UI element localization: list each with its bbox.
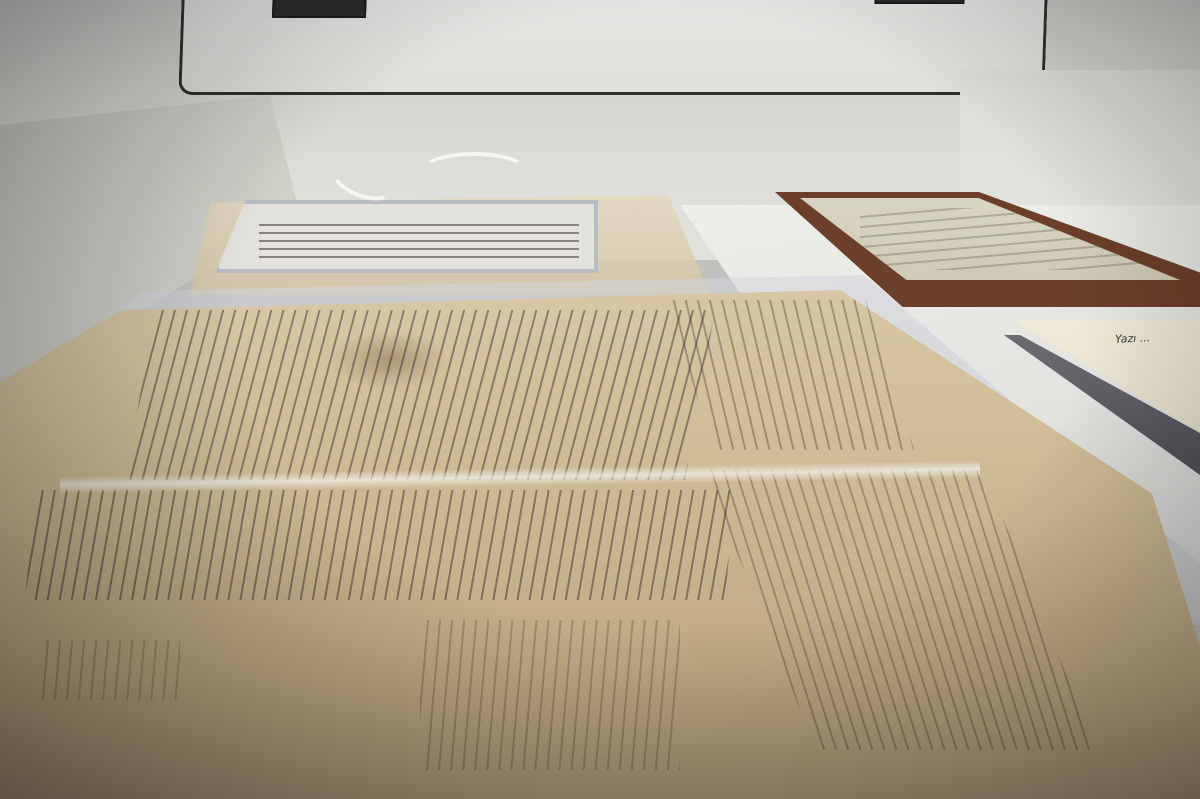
manuscript-text-block <box>125 310 715 480</box>
drawer-panel <box>178 0 1048 95</box>
sleeve-glare <box>420 152 528 190</box>
archive-drawer-scene: Yazı ... Historical handwritten manuscri… <box>0 0 1200 799</box>
drawer-handle-right <box>874 0 964 4</box>
folder-note: Yazı ... <box>1115 331 1151 346</box>
back-manuscript-text <box>259 218 579 259</box>
drawer-handle-left <box>272 0 367 18</box>
manuscript-text-block <box>40 640 180 700</box>
back-manuscript <box>215 200 598 273</box>
manuscript-text-block <box>420 620 680 770</box>
manuscript-text-block <box>25 490 735 600</box>
